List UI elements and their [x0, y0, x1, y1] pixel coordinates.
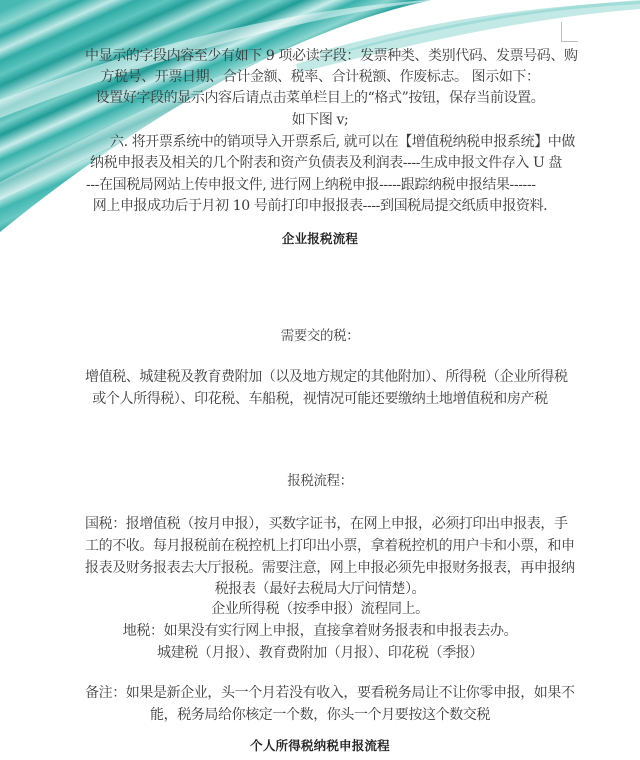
- filing-section-title: 报税流程：: [0, 474, 640, 489]
- doc-line-filing-3: 报表及财务报表去大厅报税。需要注意，网上申报必须先申报财务报表，再申报纳: [85, 561, 575, 576]
- doc-line-intro-3: 设置好字段的显示内容后请点击菜单栏目上的“格式”按钮，保存当前设置。: [0, 91, 640, 106]
- document-page: 中显示的字段内容至少有如下 9 项必读字段：发票种类、类别代码、发票号码、购 方…: [0, 0, 640, 760]
- doc-line-intro-2: 方税号、开票日期、合计金额、税率、合计税额、作废标志。 图示如下：: [0, 70, 640, 85]
- doc-line-filing-4: 税报表（最好去税局大厅问情楚）。: [0, 582, 640, 597]
- doc-line-intro-4: 如下图 v;: [0, 113, 640, 128]
- doc-line-taxes-2: 或个人所得税）、印花税、车船税，视情况可能还要缴纳土地增值税和房产税: [0, 392, 640, 407]
- doc-line-filing-5: 企业所得税（按季申报）流程同上。: [0, 602, 640, 617]
- doc-line-filing-2: 工的不收。每月报税前在税控机上打印出小票，拿着税控机的用户卡和小票，和申: [85, 539, 575, 554]
- doc-line-intro-5: 六. 将开票系统中的销项导入开票系后, 就可以在【增值税纳税申报系统】中做: [110, 135, 575, 150]
- doc-line-intro-7: ---在国税局网站上传申报文件, 进行网上纳税申报-----跟踪纳税申报结果--…: [86, 178, 536, 193]
- text-boundary-corner-mark: [561, 22, 578, 42]
- doc-line-intro-6: 纳税申报表及相关的几个附表和资产负债表及利润表----生成申报文件存入 U 盘: [90, 156, 562, 171]
- doc-line-intro-1: 中显示的字段内容至少有如下 9 项必读字段：发票种类、类别代码、发票号码、购: [85, 49, 578, 64]
- section-heading-personal: 个人所得税纳税申报流程: [0, 738, 640, 753]
- section-heading-enterprise: 企业报税流程: [0, 231, 640, 246]
- doc-line-filing-1: 国税：报增值税（按月申报），买数字证书，在网上申报，必须打印出申报表，手: [85, 517, 568, 532]
- doc-line-note-2: 能，税务局给你核定一个数，你头一个月要按这个数交税: [0, 708, 640, 723]
- doc-line-filing-6: 地税：如果没有实行网上申报，直接拿着财务报表和申报表去办。: [0, 624, 640, 639]
- doc-line-filing-7: 城建税（月报）、教育费附加（月报）、印花税（季报）: [0, 646, 640, 661]
- doc-line-note-1: 备注：如果是新企业，头一个月若没有收入，要看税务局让不让你零申报，如果不: [85, 686, 575, 701]
- doc-line-taxes-1: 增值税、城建税及教育费附加（以及地方规定的其他附加）、所得税（企业所得税: [85, 370, 568, 385]
- taxes-section-title: 需要交的税：: [0, 329, 640, 344]
- doc-line-intro-8: 网上申报成功后于月初 10 号前打印申报报表----到国税局提交纸质申报资料.: [0, 199, 640, 214]
